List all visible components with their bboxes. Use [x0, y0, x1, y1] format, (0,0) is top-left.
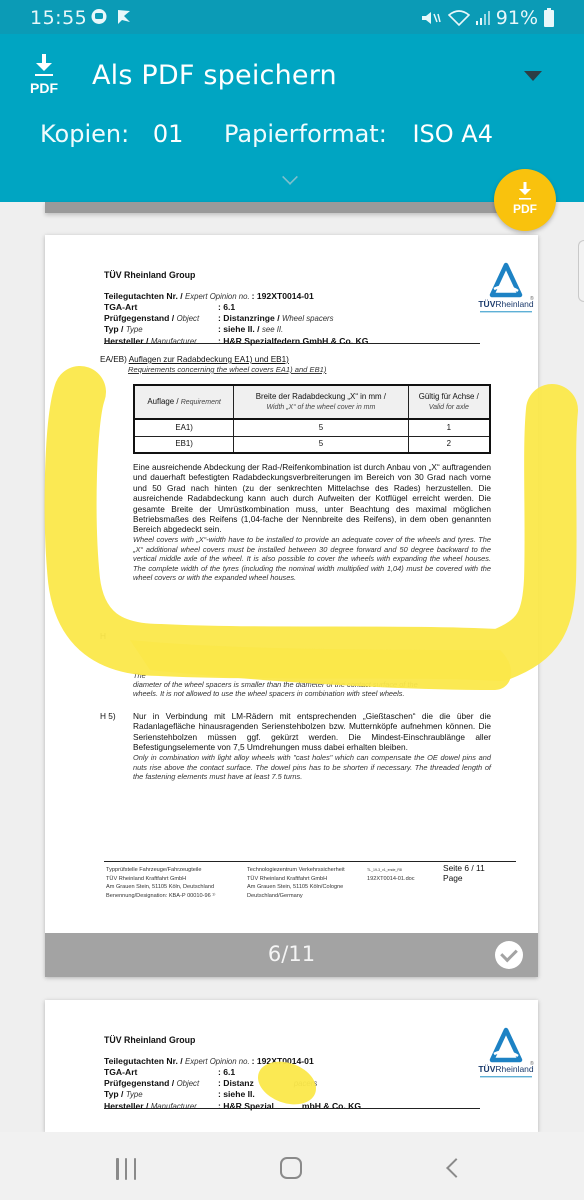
- footer-page-number: Seite 6 / 11Page: [443, 864, 485, 883]
- svg-text:TÜVRheinland: TÜVRheinland: [478, 299, 534, 309]
- svg-text:®: ®: [530, 295, 534, 302]
- tuv-logo-icon: TÜVRheinland ®: [476, 259, 536, 319]
- paper-size-option[interactable]: Papierformat: ISO A4: [224, 120, 493, 148]
- pdf-download-icon: PDF: [511, 182, 539, 218]
- checkmark-flag-icon: [116, 8, 132, 26]
- copies-label: Kopien:: [40, 120, 129, 148]
- paragraph-de: Eine ausreichende Abdeckung der Rad-/Rei…: [133, 462, 491, 535]
- h5-paragraph-de: Nur in Verbindung mit LM-Rädern mit ents…: [133, 711, 491, 753]
- previous-page-edge: [45, 202, 538, 213]
- dropdown-arrow-icon[interactable]: [524, 71, 542, 81]
- footer-col-3: TL_19-3_v1_ende_R8192XT0014-01.doc: [367, 866, 415, 883]
- doc-group-name: TÜV Rheinland Group: [104, 270, 195, 281]
- save-pdf-button[interactable]: PDF: [494, 169, 556, 231]
- divider: [104, 1108, 480, 1109]
- chat-bubble-icon: [90, 8, 108, 26]
- section-heading: EA/EB) Auflagen zur Radabdeckung EA1) un…: [100, 355, 289, 365]
- svg-text:®: ®: [530, 1060, 534, 1067]
- doc-metadata: Teilegutachten Nr. / Expert Opinion no.:…: [104, 291, 454, 347]
- tuv-logo-icon: TÜVRheinland ®: [476, 1024, 536, 1084]
- signal-icon: [476, 10, 490, 26]
- copies-option[interactable]: Kopien: 01: [40, 120, 183, 148]
- print-options-header: PDF Als PDF speichern Kopien: 01 Papierf…: [0, 34, 584, 202]
- requirements-table: Auflage / Requirement Breite der Radabde…: [133, 384, 491, 454]
- page-indicator: 6/11: [45, 942, 538, 966]
- table-row: EA1)51: [134, 419, 490, 436]
- paper-size-value: ISO A4: [412, 120, 493, 148]
- next-page-preview[interactable]: TÜV Rheinland Group TÜVRheinland ® Teile…: [45, 1000, 538, 1132]
- battery-percent: 91%: [496, 7, 538, 29]
- h-note-en-line3: wheels. It is not allowed to use the whe…: [133, 689, 491, 699]
- paper-size-label: Papierformat:: [224, 120, 387, 148]
- svg-text:TÜVRheinland: TÜVRheinland: [478, 1064, 534, 1074]
- recent-apps-icon[interactable]: [116, 1158, 136, 1180]
- system-status: 91%: [420, 7, 554, 29]
- footer-col-2: Technologiezentrum VerkehrssicherheitTÜV…: [247, 866, 345, 900]
- h5-paragraph-en: Only in combination with light alloy whe…: [133, 753, 491, 782]
- svg-text:PDF: PDF: [30, 80, 58, 96]
- svg-text:PDF: PDF: [513, 202, 537, 216]
- printer-select[interactable]: Als PDF speichern: [92, 60, 337, 91]
- divider: [104, 343, 480, 344]
- doc-metadata: Teilegutachten Nr. / Expert Opinion no.:…: [104, 1056, 454, 1112]
- copies-value: 01: [153, 120, 184, 148]
- h-note-label: H: [100, 631, 106, 642]
- paragraph-en: Wheel covers with „X“-width have to be i…: [133, 535, 491, 583]
- table-row: EB1)52: [134, 436, 490, 453]
- page-selected-checkbox[interactable]: [495, 941, 523, 969]
- clock: 15:55: [30, 7, 87, 29]
- mute-vibrate-icon: [420, 10, 442, 26]
- scroll-handle[interactable]: [578, 240, 584, 302]
- pdf-download-icon: PDF: [24, 52, 64, 96]
- navigation-bar: [0, 1132, 584, 1200]
- back-icon[interactable]: [446, 1158, 466, 1178]
- footer-col-1: Typprüfstelle Fahrzeuge/FahrzeugteileTÜV…: [106, 866, 216, 900]
- status-bar: 15:55 91%: [0, 0, 584, 34]
- wifi-icon: [448, 10, 470, 26]
- footer-divider: [104, 861, 516, 862]
- home-icon[interactable]: [280, 1157, 302, 1179]
- page-preview[interactable]: TÜV Rheinland Group TÜVRheinland ® Teile…: [45, 235, 538, 977]
- battery-icon: [544, 10, 554, 27]
- page-indicator-bar: 6/11: [45, 933, 538, 977]
- h5-label: H 5): [100, 711, 116, 722]
- chevron-down-icon[interactable]: [282, 169, 298, 185]
